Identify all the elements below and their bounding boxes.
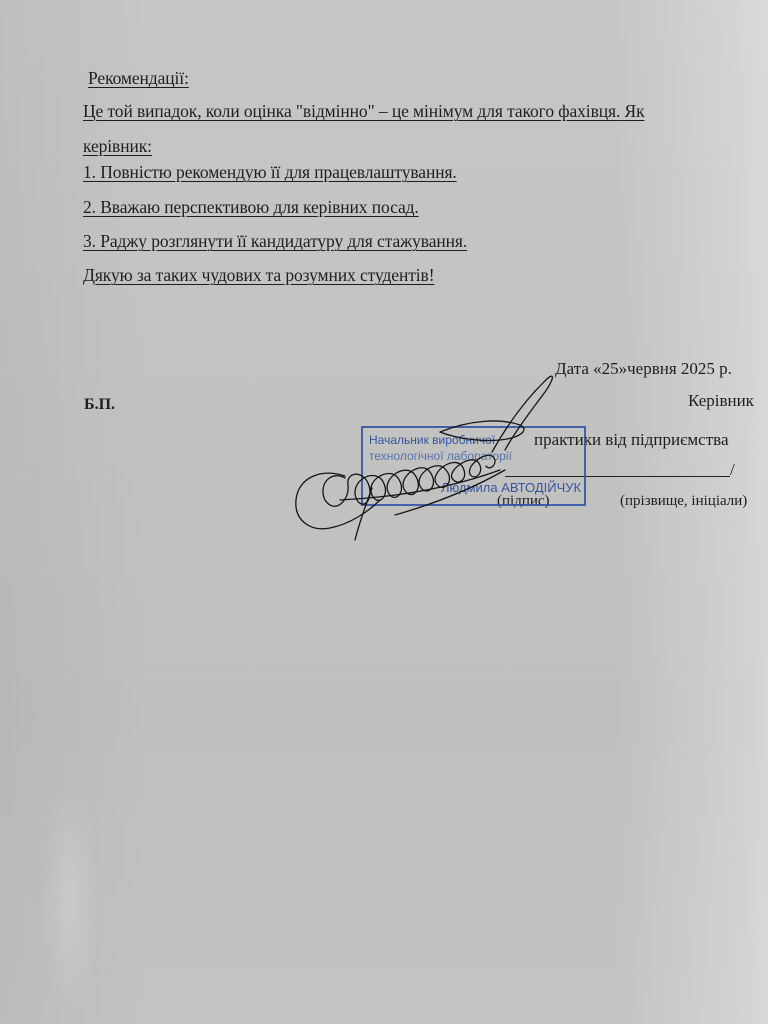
- document-page: Рекомендації: Це той випадок, коли оцінк…: [0, 0, 768, 1024]
- recommendations-heading: Рекомендації:: [88, 68, 189, 89]
- stamp-department-line: технологічної лабораторії: [369, 449, 512, 463]
- stamp-position-line: Начальник виробничої: [369, 433, 495, 447]
- official-stamp: Начальник виробничої технологічної лабор…: [361, 426, 586, 506]
- name-caption: (прізвище, ініціали): [620, 493, 747, 510]
- recommendation-item: 1. Повністю рекомендую її для працевлашт…: [83, 162, 457, 183]
- thanks-text: Дякую за таких чудових та розумних студе…: [83, 265, 434, 286]
- recommendation-item: 3. Раджу розглянути її кандидатуру для с…: [83, 231, 467, 252]
- initials-text: Б.П.: [84, 396, 115, 414]
- intro-text-continuation: керівник:: [83, 136, 152, 157]
- intro-text: Це той випадок, коли оцінка "відмінно" –…: [83, 101, 644, 122]
- slash-separator: /: [730, 460, 735, 480]
- recommendation-item: 2. Вважаю перспективою для керівних поса…: [83, 197, 419, 218]
- supervisor-label: Керівник: [688, 391, 754, 411]
- paper-shadow: [40, 780, 100, 1020]
- date-text: Дата «25»червня 2025 р.: [555, 359, 732, 379]
- stamp-name-line: Людмила АВТОДІЙЧУК: [441, 480, 581, 495]
